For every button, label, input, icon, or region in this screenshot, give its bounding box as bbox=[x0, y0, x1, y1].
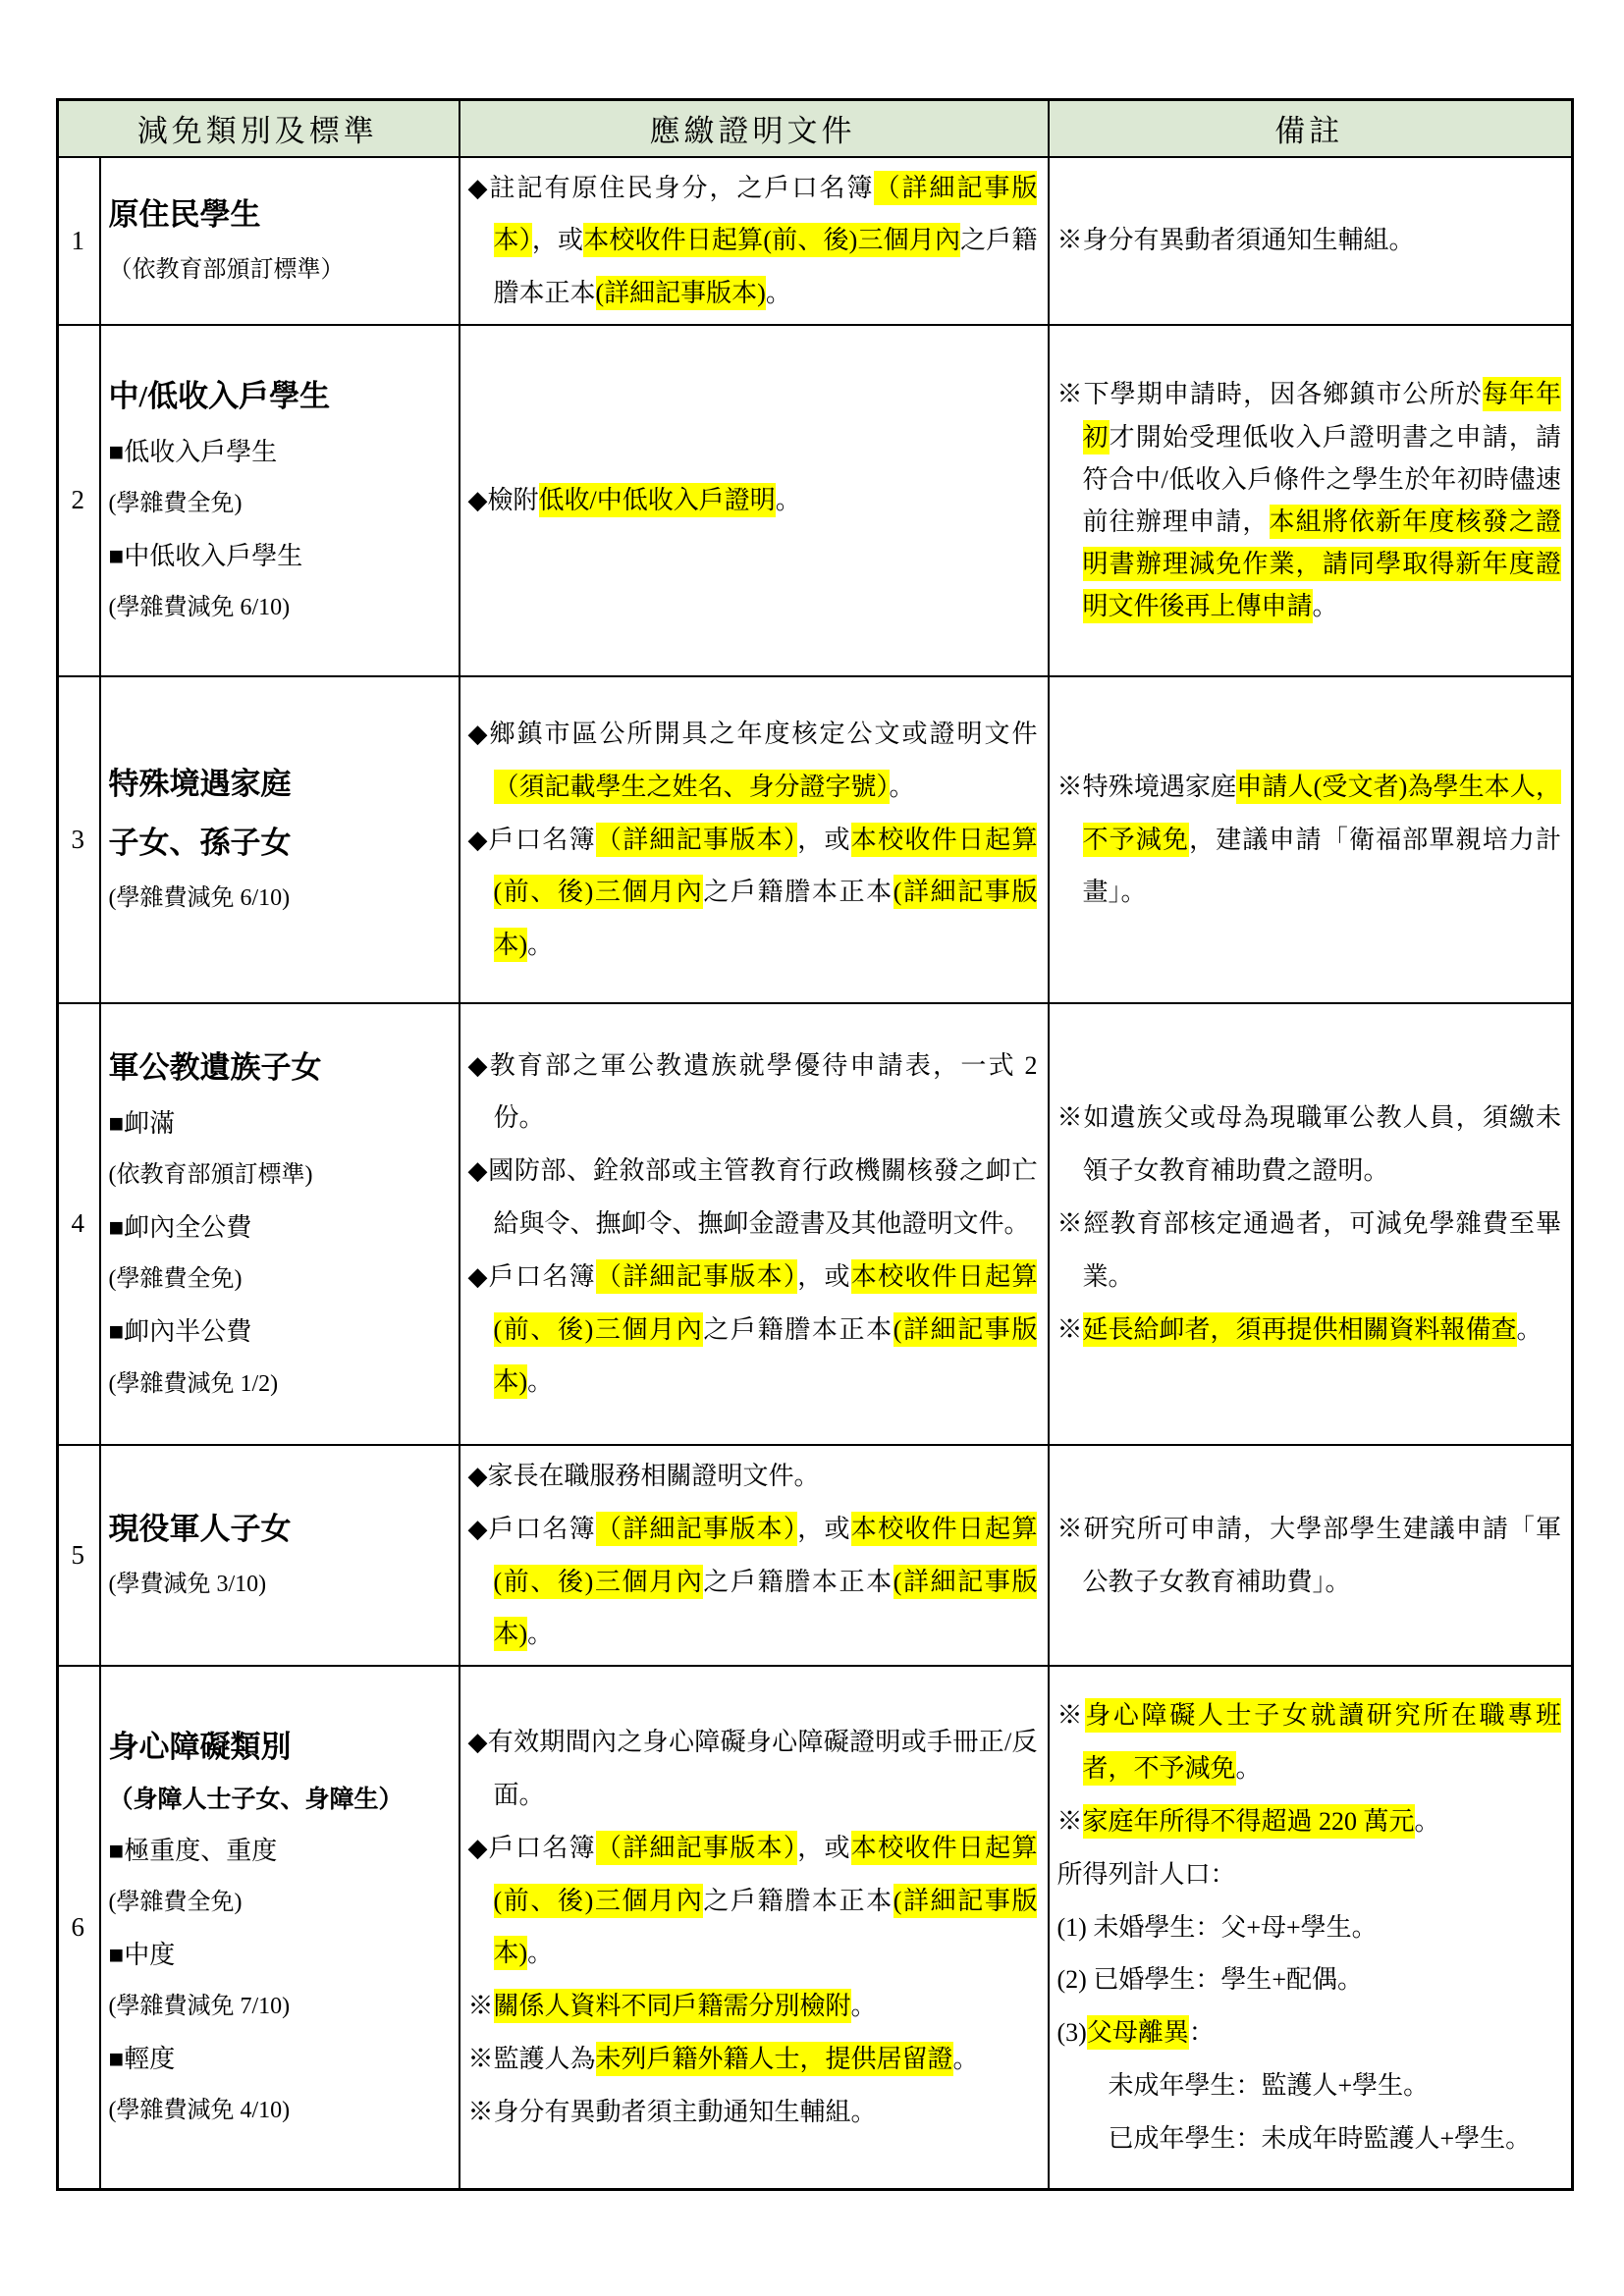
paragraph: 未成年學生：監護人+學生。 bbox=[1057, 2059, 1562, 2112]
paragraph: (學費減免 3/10) bbox=[109, 1559, 449, 1611]
notes-cell: ※身分有異動者須通知生輔組。 bbox=[1049, 157, 1573, 325]
paragraph: ◆鄉鎮市區公所開具之年度核定公文或證明文件（須記載學生之姓名、身分證字號）。 bbox=[468, 708, 1038, 814]
paragraph: ◆戶口名簿（詳細記事版本），或本校收件日起算(前、後)三個月內之戶籍謄本正本(詳… bbox=[468, 1503, 1038, 1661]
paragraph: 所得列計人口： bbox=[1057, 1848, 1562, 1901]
paragraph: 中/低收入戶學生 bbox=[109, 367, 449, 426]
paragraph: ※特殊境遇家庭申請人(受文者)為學生本人，不予減免，建議申請「衛福部單親培力計畫… bbox=[1057, 761, 1562, 919]
highlight-segment: 未列戶籍外籍人士，提供居留證 bbox=[596, 2042, 953, 2076]
paragraph: ※經教育部核定通過者，可減免學雜費至畢業。 bbox=[1057, 1198, 1562, 1304]
paragraph: ◆戶口名簿（詳細記事版本），或本校收件日起算(前、後)三個月內之戶籍謄本正本(詳… bbox=[468, 1822, 1038, 1980]
category-cell: 中/低收入戶學生■低收入戶學生(學雜費全免)■中低收入戶學生(學雜費減免 6/1… bbox=[100, 325, 460, 676]
num-cell: 4 bbox=[58, 1003, 100, 1445]
highlight-segment: 父母離異 bbox=[1087, 2015, 1189, 2050]
paragraph: (學雜費減免 1/2) bbox=[109, 1359, 449, 1411]
highlight-segment: （詳細記事版本） bbox=[596, 823, 797, 857]
paragraph: ◆國防部、銓敘部或主管教育行政機關核發之卹亡給與令、撫卹令、撫卹金證書及其他證明… bbox=[468, 1145, 1038, 1251]
table-row: 3特殊境遇家庭子女、孫子女(學雜費減免 6/10)◆鄉鎮市區公所開具之年度核定公… bbox=[58, 676, 1573, 1003]
paragraph: (學雜費全免) bbox=[109, 1877, 449, 1929]
paragraph: ※身分有異動者須主動通知生輔組。 bbox=[468, 2086, 1038, 2139]
paragraph: ■輕度 bbox=[109, 2033, 449, 2085]
table-row: 4軍公教遺族子女■卹滿(依教育部頒訂標準)■卹內全公費(學雜費全免)■卹內半公費… bbox=[58, 1003, 1573, 1445]
paragraph: ※研究所可申請，大學部學生建議申請「軍公教子女教育補助費」。 bbox=[1057, 1503, 1562, 1609]
highlight-segment: （詳細記事版本） bbox=[596, 1831, 797, 1865]
paragraph: ※身分有異動者須通知生輔組。 bbox=[1057, 214, 1562, 267]
paragraph: 特殊境遇家庭 bbox=[109, 755, 449, 814]
highlight-segment: 低收/中低收入戶證明 bbox=[539, 483, 776, 517]
paragraph: 身心障礙類別 bbox=[109, 1718, 449, 1777]
paragraph: 已成年學生：未成年時監護人+學生。 bbox=[1057, 2112, 1562, 2165]
highlight-segment: (詳細記事版本) bbox=[596, 276, 766, 310]
paragraph: (學雜費減免 6/10) bbox=[109, 582, 449, 634]
highlight-segment: （詳細記事版本） bbox=[596, 1259, 797, 1294]
paragraph: (學雜費全免) bbox=[109, 478, 449, 530]
paragraph: ※監護人為未列戶籍外籍人士，提供居留證。 bbox=[468, 2033, 1038, 2086]
paragraph: 子女、孫子女 bbox=[109, 814, 449, 873]
highlight-segment: 申請人(受文者)為學生本人，不予減免 bbox=[1083, 770, 1561, 857]
paragraph: （依教育部頒訂標準） bbox=[109, 244, 449, 296]
paragraph: ※關係人資料不同戶籍需分別檢附。 bbox=[468, 1980, 1038, 2033]
documents-cell: ◆檢附低收/中低收入戶證明。 bbox=[460, 325, 1049, 676]
paragraph: ■中度 bbox=[109, 1929, 449, 1981]
num-cell: 6 bbox=[58, 1666, 100, 2189]
num-cell: 3 bbox=[58, 676, 100, 1003]
column-header-documents: 應繳證明文件 bbox=[460, 100, 1049, 157]
paragraph: ■卹內全公費 bbox=[109, 1201, 449, 1254]
table-row: 6身心障礙類別（身障人士子女、身障生）■極重度、重度(學雜費全免)■中度(學雜費… bbox=[58, 1666, 1573, 2189]
table-row: 1原住民學生（依教育部頒訂標準）◆註記有原住民身分，之戶口名簿（詳細記事版本），… bbox=[58, 157, 1573, 325]
table-row: 2中/低收入戶學生■低收入戶學生(學雜費全免)■中低收入戶學生(學雜費減免 6/… bbox=[58, 325, 1573, 676]
paragraph: ◆檢附低收/中低收入戶證明。 bbox=[468, 474, 1038, 527]
documents-cell: ◆家長在職服務相關證明文件。◆戶口名簿（詳細記事版本），或本校收件日起算(前、後… bbox=[460, 1445, 1049, 1666]
notes-cell: ※特殊境遇家庭申請人(受文者)為學生本人，不予減免，建議申請「衛福部單親培力計畫… bbox=[1049, 676, 1573, 1003]
paragraph: （身障人士子女、身障生） bbox=[109, 1777, 449, 1825]
highlight-segment: 每年年初 bbox=[1083, 377, 1561, 454]
highlight-segment: （詳細記事版本） bbox=[596, 1512, 797, 1546]
paragraph: ◆戶口名簿（詳細記事版本），或本校收件日起算(前、後)三個月內之戶籍謄本正本(詳… bbox=[468, 1251, 1038, 1409]
paragraph: ※如遺族父或母為現職軍公教人員，須繳未領子女教育補助費之證明。 bbox=[1057, 1092, 1562, 1198]
paragraph: ◆註記有原住民身分，之戶口名簿（詳細記事版本），或本校收件日起算(前、後)三個月… bbox=[468, 162, 1038, 320]
paragraph: 現役軍人子女 bbox=[109, 1500, 449, 1559]
paragraph: ■低收入戶學生 bbox=[109, 426, 449, 478]
highlight-segment: 關係人資料不同戶籍需分別檢附 bbox=[494, 1989, 851, 2023]
category-cell: 特殊境遇家庭子女、孫子女(學雜費減免 6/10) bbox=[100, 676, 460, 1003]
highlight-segment: 身心障礙人士子女就讀研究所在職專班者，不予減免 bbox=[1083, 1698, 1561, 1786]
paragraph: ※身心障礙人士子女就讀研究所在職專班者，不予減免。 bbox=[1057, 1689, 1562, 1795]
documents-cell: ◆註記有原住民身分，之戶口名簿（詳細記事版本），或本校收件日起算(前、後)三個月… bbox=[460, 157, 1049, 325]
paragraph: ※下學期申請時，因各鄉鎮市公所於每年年初才開始受理低收入戶證明書之申請，請符合中… bbox=[1057, 373, 1562, 627]
paragraph: (2) 已婚學生：學生+配偶。 bbox=[1057, 1953, 1562, 2006]
notes-cell: ※下學期申請時，因各鄉鎮市公所於每年年初才開始受理低收入戶證明書之申請，請符合中… bbox=[1049, 325, 1573, 676]
paragraph: (3)父母離異： bbox=[1057, 2006, 1562, 2059]
paragraph: ※家庭年所得不得超過 220 萬元。 bbox=[1057, 1795, 1562, 1848]
paragraph: ■卹內半公費 bbox=[109, 1306, 449, 1358]
category-cell: 現役軍人子女(學費減免 3/10) bbox=[100, 1445, 460, 1666]
paragraph: (1) 未婚學生：父+母+學生。 bbox=[1057, 1901, 1562, 1954]
paragraph: (依教育部頒訂標準) bbox=[109, 1149, 449, 1201]
paragraph: ■極重度、重度 bbox=[109, 1825, 449, 1877]
highlight-segment: 延長給卹者，須再提供相關資料報備查 bbox=[1083, 1312, 1517, 1347]
num-cell: 5 bbox=[58, 1445, 100, 1666]
num-cell: 1 bbox=[58, 157, 100, 325]
paragraph: ◆教育部之軍公教遺族就學優待申請表，一式 2 份。 bbox=[468, 1040, 1038, 1146]
paragraph: ◆戶口名簿（詳細記事版本），或本校收件日起算(前、後)三個月內之戶籍謄本正本(詳… bbox=[468, 814, 1038, 972]
num-cell: 2 bbox=[58, 325, 100, 676]
highlight-segment: （須記載學生之姓名、身分證字號） bbox=[494, 770, 890, 804]
paragraph: 軍公教遺族子女 bbox=[109, 1039, 449, 1097]
table-row: 5現役軍人子女(學費減免 3/10)◆家長在職服務相關證明文件。◆戶口名簿（詳細… bbox=[58, 1445, 1573, 1666]
paragraph: 原住民學生 bbox=[109, 186, 449, 244]
paragraph: (學雜費減免 4/10) bbox=[109, 2085, 449, 2137]
highlight-segment: 本校收件日起算(前、後)三個月內 bbox=[583, 223, 960, 257]
paragraph: ◆家長在職服務相關證明文件。 bbox=[468, 1450, 1038, 1503]
column-header-category: 減免類別及標準 bbox=[58, 100, 460, 157]
column-header-notes: 備註 bbox=[1049, 100, 1573, 157]
notes-cell: ※研究所可申請，大學部學生建議申請「軍公教子女教育補助費」。 bbox=[1049, 1445, 1573, 1666]
highlight-segment: 本組將依新年度核發之證明書辦理減免作業，請同學取得新年度證明文件後再上傳申請 bbox=[1083, 505, 1562, 623]
header-row: 減免類別及標準 應繳證明文件 備註 bbox=[58, 100, 1573, 157]
paragraph: (學雜費全免) bbox=[109, 1254, 449, 1306]
paragraph: ■中低收入戶學生 bbox=[109, 530, 449, 582]
paragraph: ■卹滿 bbox=[109, 1097, 449, 1149]
notes-cell: ※如遺族父或母為現職軍公教人員，須繳未領子女教育補助費之證明。※經教育部核定通過… bbox=[1049, 1003, 1573, 1445]
highlight-segment: 家庭年所得不得超過 220 萬元 bbox=[1083, 1804, 1415, 1839]
document-page: 減免類別及標準 應繳證明文件 備註 1原住民學生（依教育部頒訂標準）◆註記有原住… bbox=[0, 0, 1624, 2296]
paragraph: (學雜費減免 6/10) bbox=[109, 873, 449, 925]
paragraph: ※延長給卹者，須再提供相關資料報備查。 bbox=[1057, 1304, 1562, 1357]
category-cell: 身心障礙類別（身障人士子女、身障生）■極重度、重度(學雜費全免)■中度(學雜費減… bbox=[100, 1666, 460, 2189]
documents-cell: ◆鄉鎮市區公所開具之年度核定公文或證明文件（須記載學生之姓名、身分證字號）。◆戶… bbox=[460, 676, 1049, 1003]
paragraph: (學雜費減免 7/10) bbox=[109, 1981, 449, 2033]
category-cell: 軍公教遺族子女■卹滿(依教育部頒訂標準)■卹內全公費(學雜費全免)■卹內半公費(… bbox=[100, 1003, 460, 1445]
notes-cell: ※身心障礙人士子女就讀研究所在職專班者，不予減免。※家庭年所得不得超過 220 … bbox=[1049, 1666, 1573, 2189]
category-cell: 原住民學生（依教育部頒訂標準） bbox=[100, 157, 460, 325]
reduction-table: 減免類別及標準 應繳證明文件 備註 1原住民學生（依教育部頒訂標準）◆註記有原住… bbox=[56, 98, 1574, 2191]
documents-cell: ◆有效期間內之身心障礙身心障礙證明或手冊正/反面。◆戶口名簿（詳細記事版本），或… bbox=[460, 1666, 1049, 2189]
paragraph: ◆有效期間內之身心障礙身心障礙證明或手冊正/反面。 bbox=[468, 1716, 1038, 1822]
documents-cell: ◆教育部之軍公教遺族就學優待申請表，一式 2 份。◆國防部、銓敘部或主管教育行政… bbox=[460, 1003, 1049, 1445]
